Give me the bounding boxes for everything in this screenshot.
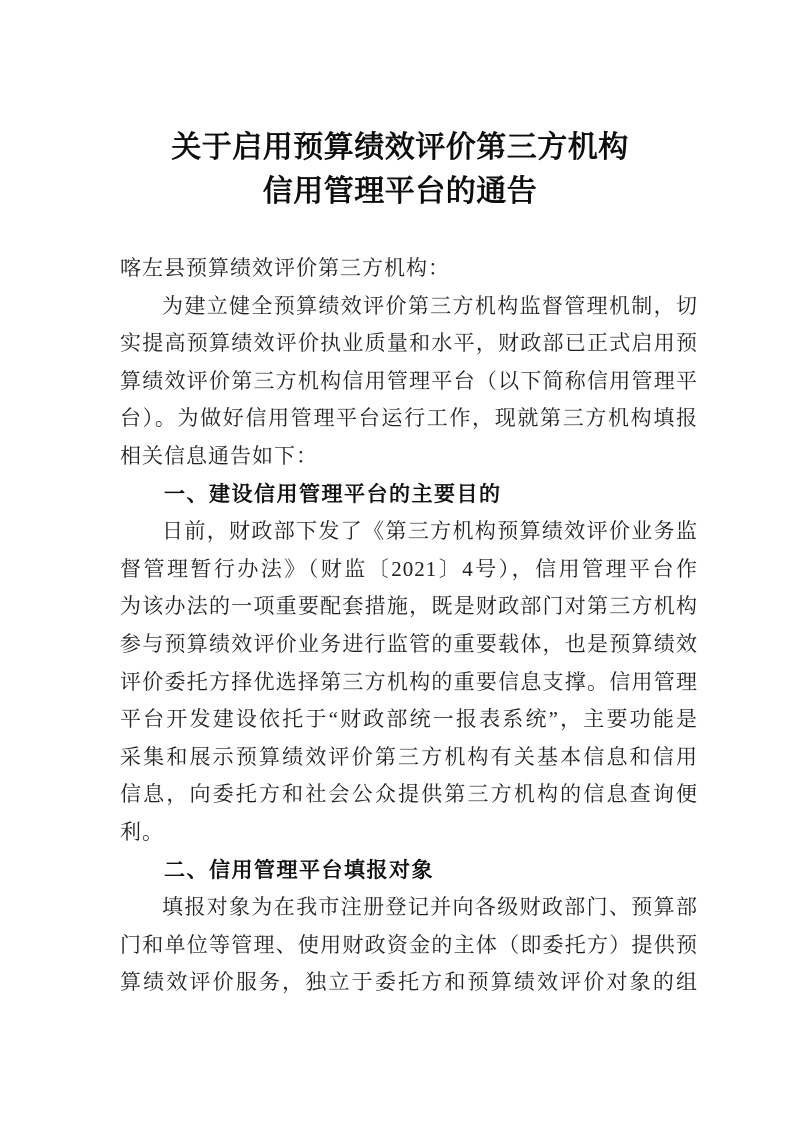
body-line: 填报对象为在我市注册登记并向各级财政部门、预算部 [120, 889, 698, 927]
document-title: 关于启用预算绩效评价第三方机构 信用管理平台的通告 [0, 126, 800, 214]
document-title-line-1: 关于启用预算绩效评价第三方机构 [0, 126, 800, 170]
body-line: 信息，向委托方和社会公众提供第三方机构的信息查询便 [120, 776, 698, 814]
body-line: 平台开发建设依托于“财政部统一报表系统”，主要功能是 [120, 701, 698, 739]
document-title-line-2: 信用管理平台的通告 [0, 170, 800, 214]
document-page: 关于启用预算绩效评价第三方机构 信用管理平台的通告 喀左县预算绩效评价第三方机构… [0, 0, 800, 1130]
body-line: 日前，财政部下发了《第三方机构预算绩效评价业务监 [120, 513, 698, 551]
body-line: 为建立健全预算绩效评价第三方机构监督管理机制，切 [120, 288, 698, 326]
body-line: 评价委托方择优选择第三方机构的重要信息支撑。信用管理 [120, 664, 698, 702]
body-line: 实提高预算绩效评价执业质量和水平，财政部已正式启用预 [120, 325, 698, 363]
salutation-line: 喀左县预算绩效评价第三方机构： [120, 250, 698, 288]
section-heading-2: 二、信用管理平台填报对象 [120, 852, 698, 890]
body-line: 参与预算绩效评价业务进行监管的重要载体，也是预算绩效 [120, 626, 698, 664]
body-line: 相关信息通告如下： [120, 438, 698, 476]
body-line: 算绩效评价第三方机构信用管理平台（以下简称信用管理平 [120, 363, 698, 401]
body-line: 门和单位等管理、使用财政资金的主体（即委托方）提供预 [120, 927, 698, 965]
body-line: 督管理暂行办法》（财监〔2021〕4号），信用管理平台作 [120, 551, 698, 589]
body-line: 台）。为做好信用管理平台运行工作，现就第三方机构填报 [120, 400, 698, 438]
body-line: 为该办法的一项重要配套措施，既是财政部门对第三方机构 [120, 588, 698, 626]
section-heading-1: 一、建设信用管理平台的主要目的 [120, 476, 698, 514]
document-body: 喀左县预算绩效评价第三方机构： 为建立健全预算绩效评价第三方机构监督管理机制，切… [120, 250, 698, 1002]
body-line: 利。 [120, 814, 698, 852]
body-line: 采集和展示预算绩效评价第三方机构有关基本信息和信用 [120, 739, 698, 777]
body-line: 算绩效评价服务，独立于委托方和预算绩效评价对象的组 [120, 964, 698, 1002]
